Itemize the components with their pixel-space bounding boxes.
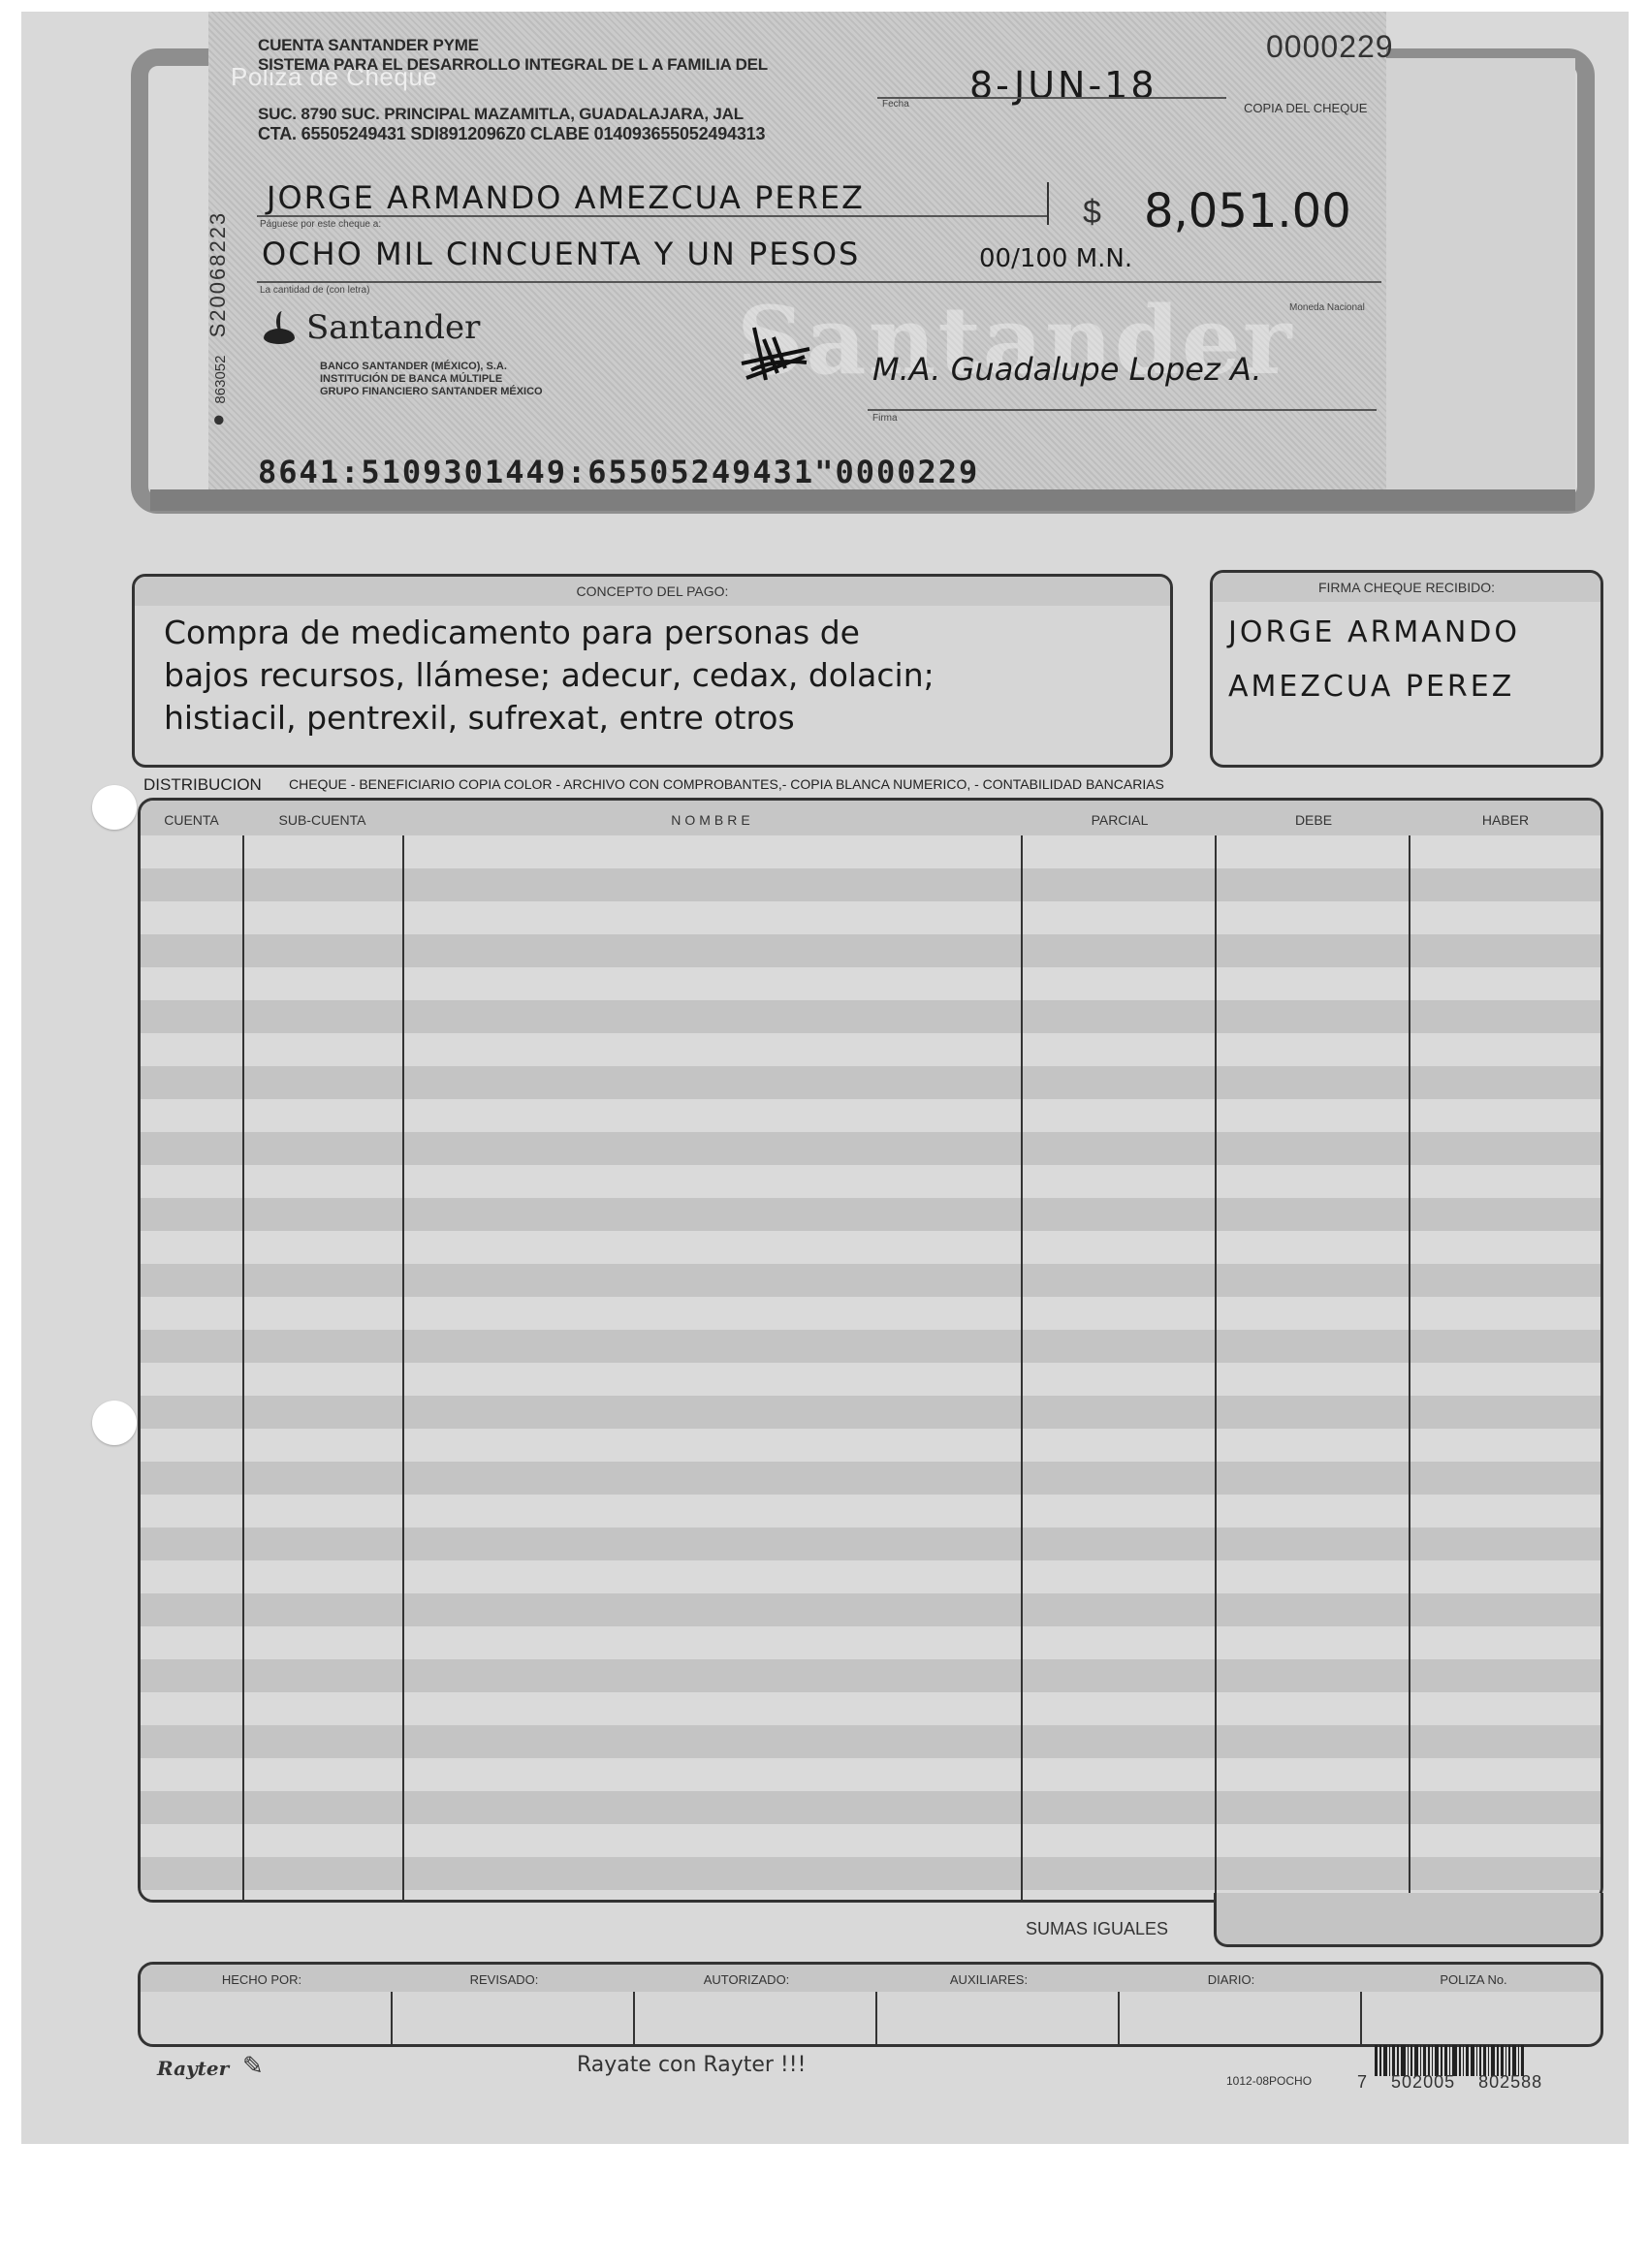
date-field: 8-JUN-18 [969,64,1157,107]
account-type: CUENTA SANTANDER PYME [258,36,479,55]
ledger-rows [141,835,1600,1900]
payee-rule [257,215,1047,217]
amount-cents-field: 00/100 M.N. [979,244,1132,273]
serial-main: S20068223 [206,211,230,338]
amount-words-label: La cantidad de (con letra) [260,285,369,296]
santander-flame-icon [262,311,297,344]
approval-auxiliares: AUXILIARES: [868,1972,1110,1987]
approval-divider [875,1992,877,2044]
received-label: FIRMA CHEQUE RECIBIDO: [1213,573,1600,602]
punch-hole [92,785,137,830]
amount-words-field: OCHO MIL CINCUENTA Y UN PESOS [262,236,860,272]
cheque-copy-margin [1386,58,1575,496]
ledger-table: CUENTA SUB-CUENTA NOMBRE PARCIAL DEBE HA… [138,798,1603,1903]
col-haber: HABER [1410,812,1600,828]
branch-address: SUC. 8790 SUC. PRINCIPAL MAZAMITLA, GUAD… [258,105,744,124]
amount-words-rule [257,281,1381,283]
approval-divider [1360,1992,1362,2044]
concept-box: CONCEPTO DEL PAGO: Compra de medicamento… [132,574,1173,768]
concept-line: Compra de medicamento para personas de [164,612,1170,654]
barcode-digits: 7 502005 802588 [1357,2072,1542,2093]
brand-slogan: Rayate con Rayter !!! [577,2053,806,2077]
approval-diario: DIARIO: [1110,1972,1352,1987]
approval-poliza-no: POLIZA No. [1352,1972,1595,1987]
micr-line: 8641:5109301449:65505249431"0000229 [258,454,979,490]
received-line: AMEZCUA PEREZ [1228,660,1600,714]
concept-label: CONCEPTO DEL PAGO: [135,577,1170,606]
bank-name: Santander [306,308,480,347]
amount-box-divider [1047,182,1049,225]
signature-label: Firma [872,413,898,424]
approvals-strip: HECHO POR: REVISADO: AUTORIZADO: AUXILIA… [138,1962,1603,2047]
account-numbers: CTA. 65505249431 SDI8912096Z0 CLABE 0140… [258,124,765,144]
concept-line: histiacil, pentrexil, sufrexat, entre ot… [164,697,1170,740]
record-icon: ● [206,412,230,426]
bank-legal-line: BANCO SANTANDER (MÉXICO), S.A. [320,361,543,373]
barcode-prefix: 7 [1357,2072,1368,2092]
barcode-group2: 802588 [1478,2072,1542,2092]
approval-divider [633,1992,635,2044]
brand-logo: Rayter [157,2057,229,2080]
signature-rule [868,409,1377,411]
col-divider [1215,835,1217,1900]
concept-line: bajos recursos, llámese; adecur, cedax, … [164,654,1170,697]
bank-legal-line: INSTITUCIÓN DE BANCA MÚLTIPLE [320,373,543,386]
approval-divider [1118,1992,1120,2044]
pen-icon: ✎ [242,2051,264,2081]
form-code: 1012-08POCHO [1226,2074,1312,2088]
received-line: JORGE ARMANDO [1228,606,1600,660]
cheque-bottom-band [150,489,1575,511]
vertical-serial: ● 863052 S20068223 [206,211,231,426]
date-rule [877,97,1226,99]
bank-legal-line: GRUPO FINANCIERO SANTANDER MÉXICO [320,386,543,398]
copy-label: COPIA DEL CHEQUE [1244,101,1367,115]
ledger-header: CUENTA SUB-CUENTA NOMBRE PARCIAL DEBE HA… [141,801,1600,835]
payee-field: JORGE ARMANDO AMEZCUA PEREZ [267,179,865,216]
col-nombre: NOMBRE [402,812,1023,828]
totals-label: SUMAS IGUALES [1026,1919,1168,1939]
distribution-label: DISTRIBUCION [143,775,262,795]
bank-legal-text: BANCO SANTANDER (MÉXICO), S.A. INSTITUCI… [320,361,543,398]
approval-autorizado: AUTORIZADO: [625,1972,868,1987]
bank-logo: Santander [262,308,480,347]
col-divider [1409,835,1410,1900]
col-sub-cuenta: SUB-CUENTA [242,812,402,828]
col-divider [1021,835,1023,1900]
concept-text: Compra de medicamento para personas de b… [135,606,1170,740]
punch-hole [92,1401,137,1445]
received-name: JORGE ARMANDO AMEZCUA PEREZ [1213,602,1600,714]
cheque-number: 0000229 [1266,29,1394,65]
distribution-detail: CHEQUE - BENEFICIARIO COPIA COLOR - ARCH… [289,776,1164,792]
col-divider [242,835,244,1900]
signature-field: M.A. Guadalupe Lopez A. [872,351,1262,388]
barcode-group1: 502005 [1391,2072,1455,2092]
received-signature-box: FIRMA CHEQUE RECIBIDO: JORGE ARMANDO AME… [1210,570,1603,768]
payee-label: Páguese por este cheque a: [260,219,381,230]
currency-label: Moneda Nacional [1289,302,1365,313]
col-divider [402,835,404,1900]
date-label: Fecha [882,99,909,110]
account-holder: SISTEMA PARA EL DESARROLLO INTEGRAL DE L… [258,55,768,75]
serial-small: 863052 [212,356,229,404]
currency-symbol: $ [1083,194,1101,232]
col-cuenta: CUENTA [141,812,242,828]
approval-hecho-por: HECHO POR: [141,1972,383,1987]
signature-scribble-icon [737,320,814,388]
col-debe: DEBE [1217,812,1410,828]
col-parcial: PARCIAL [1023,812,1217,828]
totals-box [1214,1893,1603,1947]
approval-revisado: REVISADO: [383,1972,625,1987]
approval-divider [391,1992,393,2044]
amount-field: 8,051.00 [1144,184,1351,238]
